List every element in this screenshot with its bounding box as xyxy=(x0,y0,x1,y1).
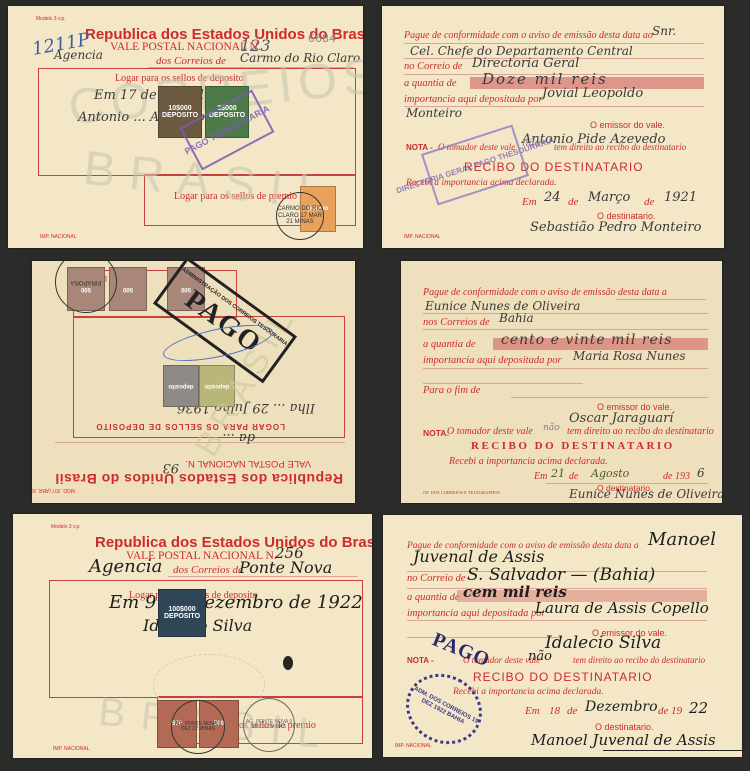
nota-text-b: tem direito ao recibo do destinatario xyxy=(554,142,686,152)
postmark-1: AG. PONTE NOVA 9 DEZ 22 MINAS xyxy=(171,700,225,754)
nota-label: NOTA - xyxy=(407,656,434,665)
depositor-handwriting: Maria Rosa Nunes xyxy=(573,349,686,363)
amount-label: a quantia de xyxy=(404,78,457,89)
date-day: 18 xyxy=(549,705,560,717)
handwriting-line-1: Em 9 de Dezembro de 1922 xyxy=(109,592,363,613)
depositor-handwriting: Jovial Leopoldo xyxy=(542,86,643,101)
date-year: 22 xyxy=(689,699,708,717)
nota-handwriting: não xyxy=(528,649,552,664)
money-order-card-1-front: Modelo 3 v.p. Republica dos Estados Unid… xyxy=(8,6,363,248)
correio-handwriting: S. Salvador — (Bahia) xyxy=(467,565,655,585)
card-subtitle: VALE POSTAL NACIONAL N. xyxy=(185,458,311,469)
correio-label: nos Correios de xyxy=(423,317,490,328)
date-year-digit: 6 xyxy=(697,466,705,480)
correio-handwriting: Directoria Geral xyxy=(472,56,579,71)
correio-label: no Correio de xyxy=(407,573,466,584)
recipient-signature: Sebastião Pedro Monteiro xyxy=(530,220,701,235)
ink-spot xyxy=(283,656,293,670)
agency-handwriting: Agencia xyxy=(54,48,103,62)
date-day: 24 xyxy=(544,190,561,205)
pay-to-handwriting: Manoel xyxy=(648,529,716,550)
serial-number: 6684 xyxy=(308,32,336,45)
amount-handwriting: cento e vinte mil reis xyxy=(501,332,672,348)
issuer-signature: Idalecio Silva xyxy=(545,633,661,653)
date-em-label: Em xyxy=(534,471,547,482)
model-label: MOD. 207 (ABR. 933) xyxy=(32,487,75,493)
postmark: CARMO DO RIO CLARO 17 MAR 21 MINAS xyxy=(276,192,324,240)
correios-handwriting: Ponte Nova xyxy=(239,558,332,577)
card-subtitle: VALE POSTAL NACIONAL N. xyxy=(110,41,261,53)
money-order-card-2-back: Pague de conformidade com o aviso de emi… xyxy=(401,261,722,503)
card-title: Republica dos Estados Unidos do Brasil xyxy=(55,471,343,487)
deposit-box-label: LOGAR PARA OS SELLOS DE DEPOSITO xyxy=(95,422,285,431)
nota-handwriting: não xyxy=(543,423,560,433)
date-de-1: de xyxy=(568,196,578,208)
money-order-card-3-front: Modelo 3 v.p. Republica dos Estados Unid… xyxy=(13,514,372,758)
date-de-2: de xyxy=(644,196,654,208)
correios-label: dos Correios de xyxy=(173,564,243,576)
date-month: Agosto xyxy=(591,467,629,480)
money-order-card-2-front-inverted: MOD. 207 (ABR. 933) Republica dos Estado… xyxy=(32,261,355,503)
recipient-signature: Manoel Juvenal de Assis xyxy=(531,731,716,749)
paid-stamp: PAGO xyxy=(429,629,494,673)
printer-label: IMP. NACIONAL xyxy=(395,743,432,749)
date-de-1: de xyxy=(569,471,578,482)
card-title: Republica dos Estados Unidos do Brasil xyxy=(95,534,372,551)
receipt-title: RECIBO DO DESTINATARIO xyxy=(473,670,653,684)
nota-text-b: tem direito ao recibo do destinatario xyxy=(567,426,714,437)
printer-label: IMP. NACIONAL xyxy=(404,234,441,240)
printer-label: OF. DOS CORREIOS E TELEGRAPHOS xyxy=(423,490,500,495)
amount-label: a quantia de xyxy=(423,339,476,350)
nota-text-b: tem direito ao recibo do destinatario xyxy=(573,655,705,665)
date-de-2: de 19 xyxy=(658,705,682,717)
receipt-title: RECIBO DO DESTINATARIO xyxy=(471,440,675,452)
recipient-signature: Eunice Nunes de Oliveira xyxy=(569,487,722,501)
date-em-label: Em xyxy=(525,705,540,717)
pay-to-handwriting: Snr. xyxy=(652,24,676,38)
depositor-handwriting-2: Monteiro xyxy=(406,106,462,120)
deposit-stamp-grey: deposito xyxy=(163,365,199,407)
agency-handwriting: Agencia xyxy=(89,556,162,577)
pay-instruction-label: Pague de conformidade com o aviso de emi… xyxy=(404,30,653,41)
date-year: 1921 xyxy=(664,190,697,205)
deposit-stamp-100000: 100$000 DEPOSITO xyxy=(158,589,206,637)
deposited-by-label: importancia aqui depositada por xyxy=(404,94,543,105)
money-order-card-3-back: Pague de conformidade com o aviso de emi… xyxy=(383,515,742,757)
date-day: 21 xyxy=(551,467,565,480)
date-em-label: Em xyxy=(522,196,537,208)
money-order-card-1-back: Pague de conformidade com o aviso de emi… xyxy=(382,6,724,248)
printer-label: IMP. NACIONAL xyxy=(53,746,90,752)
model-label: Modelo 3 v.p. xyxy=(51,524,81,530)
nota-label: NOTA: xyxy=(423,428,449,438)
deposited-by-label: importancia aqui depositada por xyxy=(423,355,562,366)
purpose-label: Para o fim de xyxy=(423,385,480,396)
issuer-label: O emissor do vale. xyxy=(590,120,665,130)
nota-text-a: O tomador deste vale xyxy=(447,426,533,437)
date-month: Dezembro xyxy=(585,699,658,715)
date-de-1: de xyxy=(567,705,577,717)
payee-handwriting: Juvenal de Assis xyxy=(413,547,544,566)
printer-label: IMP. NACIONAL xyxy=(40,234,77,240)
correio-label: no Correio de xyxy=(404,61,463,72)
depositor-handwriting: Laura de Assis Copello xyxy=(535,599,709,617)
paid-stamp: DIRECTORIA GERAL PAGO THESOURARIA xyxy=(421,124,529,205)
deposited-by-label: importancia aqui depositada por xyxy=(407,608,546,619)
date-de-2: de 193 xyxy=(663,471,690,482)
model-label: Modelo 3 v.p. xyxy=(36,16,66,22)
pay-instruction-label: Pague de conformidade com o aviso de emi… xyxy=(423,287,667,298)
order-number: 93 xyxy=(162,460,179,475)
amount-label: a quantia de xyxy=(407,592,460,603)
correio-handwriting: Bahia xyxy=(499,311,534,325)
postmark-2: AG. PONTE NOVA 9 DEZ 22 MINAS xyxy=(243,698,295,752)
issuer-signature: Oscar Jaraguarí xyxy=(569,411,673,426)
received-text: Recebi a importancia acima declarada. xyxy=(449,456,608,467)
date-month: Março xyxy=(588,190,630,205)
